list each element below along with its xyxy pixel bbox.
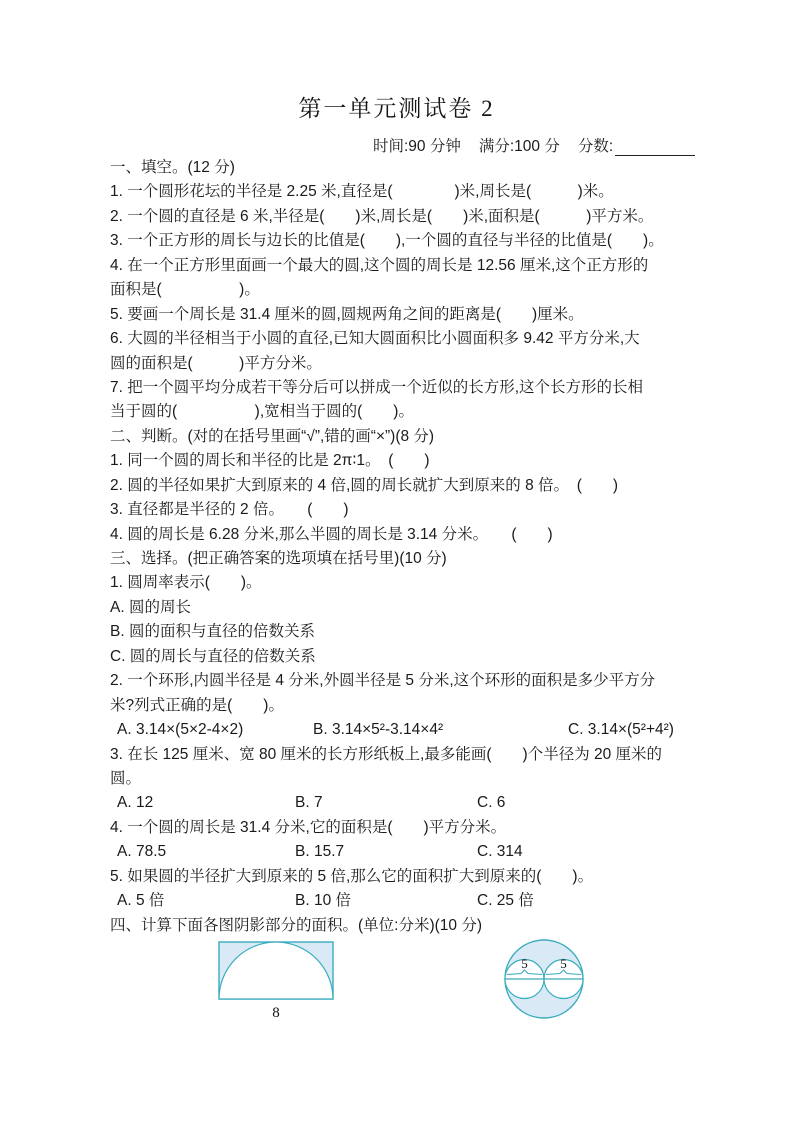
judge-q3: 3. 直径都是半径的 2 倍。 ( ) — [110, 498, 692, 522]
fill-q5: 5. 要画一个周长是 31.4 厘米的圆,圆规两角之间的距离是( )厘米。 — [110, 303, 692, 327]
choice-q5-option-b: B. 10 倍 — [295, 889, 351, 913]
choice-q1-option-c: C. 圆的周长与直径的倍数关系 — [110, 645, 692, 669]
score-blank-line — [615, 139, 695, 156]
page-title: 第一单元测试卷 2 — [0, 90, 793, 123]
choice-q2-line1: 2. 一个环形,内圆半径是 4 分米,外圆半径是 5 分米,这个环形的面积是多少… — [110, 669, 692, 693]
choice-q1-option-b: B. 圆的面积与直径的倍数关系 — [110, 620, 692, 644]
choice-q5-option-c: C. 25 倍 — [477, 889, 534, 913]
fill-q6-line1: 6. 大圆的半径相当于小圆的直径,已知大圆面积比小圆面积多 9.42 平方分米,… — [110, 327, 692, 351]
meta-full-marks: 满分:100 分 — [479, 134, 560, 156]
judge-q4: 4. 圆的周长是 6.28 分米,那么半圆的周长是 3.14 分米。 ( ) — [110, 523, 692, 547]
choice-q3-options-row: A. 12 B. 7 C. 6 — [110, 791, 692, 815]
judge-q2: 2. 圆的半径如果扩大到原来的 4 倍,圆的周长就扩大到原来的 8 倍。 ( ) — [110, 474, 692, 498]
paper-meta: 时间:90 分钟 满分:100 分 分数: — [373, 134, 695, 156]
choice-q2-option-a: A. 3.14×(5×2-4×2) — [117, 718, 243, 742]
section-choice-heading: 三、选择。(把正确答案的选项填在括号里)(10 分) — [110, 547, 692, 571]
choice-q4-option-c: C. 314 — [477, 840, 523, 864]
choice-q3-line2: 圆。 — [110, 767, 692, 791]
choice-q2-line2: 米?列式正确的是( )。 — [110, 694, 692, 718]
figure1-base-length-label: 8 — [272, 1005, 280, 1021]
fill-q1: 1. 一个圆形花坛的半径是 2.25 米,直径是( )米,周长是( )米。 — [110, 180, 692, 204]
fill-q7-line2: 当于圆的( ),宽相当于圆的( )。 — [110, 400, 692, 424]
meta-score-label: 分数: — [578, 134, 613, 156]
test-paper-page: 第一单元测试卷 2 时间:90 分钟 满分:100 分 分数: 一、填空。(12… — [0, 0, 793, 1122]
choice-q2-option-c: C. 3.14×(5²+4²) — [568, 718, 674, 742]
choice-q5-option-a: A. 5 倍 — [117, 889, 164, 913]
choice-q4-option-b: B. 15.7 — [295, 840, 344, 864]
fill-q2: 2. 一个圆的直径是 6 米,半径是( )米,周长是( )米,面积是( )平方米… — [110, 205, 692, 229]
choice-q3-option-a: A. 12 — [117, 791, 153, 815]
choice-q4-options-row: A. 78.5 B. 15.7 C. 314 — [110, 840, 692, 864]
fill-q4-line2: 面积是( )。 — [110, 278, 692, 302]
shaded-area-figures: 8 5 5 — [110, 938, 692, 1042]
section-fill-heading: 一、填空。(12 分) — [110, 156, 692, 180]
fill-q6-line2: 圆的面积是( )平方分米。 — [110, 352, 692, 376]
choice-q4-option-a: A. 78.5 — [117, 840, 166, 864]
paper-body: 一、填空。(12 分) 1. 一个圆形花坛的半径是 2.25 米,直径是( )米… — [110, 156, 692, 1042]
choice-q3-line1: 3. 在长 125 厘米、宽 80 厘米的长方形纸板上,最多能画( )个半径为 … — [110, 743, 692, 767]
fill-q7-line1: 7. 把一个圆平均分成若干等分后可以拼成一个近似的长方形,这个长方形的长相 — [110, 376, 692, 400]
figure-rectangle-with-semicircle: 8 — [218, 941, 336, 1025]
choice-q1: 1. 圆周率表示( )。 — [110, 571, 692, 595]
choice-q3-option-b: B. 7 — [295, 791, 323, 815]
section-judge-heading: 二、判断。(对的在括号里画“√”,错的画“×”)(8 分) — [110, 425, 692, 449]
choice-q3-option-c: C. 6 — [477, 791, 505, 815]
section-calc-heading: 四、计算下面各图阴影部分的面积。(单位:分米)(10 分) — [110, 914, 692, 938]
choice-q4: 4. 一个圆的周长是 31.4 分米,它的面积是( )平方分米。 — [110, 816, 692, 840]
choice-q2-option-b: B. 3.14×5²-3.14×4² — [313, 718, 443, 742]
figure-circle-with-two-inner-circles: 5 5 — [494, 938, 594, 1022]
choice-q2-options-row: A. 3.14×(5×2-4×2) B. 3.14×5²-3.14×4² C. … — [110, 718, 692, 742]
choice-q5: 5. 如果圆的半径扩大到原来的 5 倍,那么它的面积扩大到原来的( )。 — [110, 865, 692, 889]
choice-q1-option-a: A. 圆的周长 — [110, 596, 692, 620]
fill-q4-line1: 4. 在一个正方形里面画一个最大的圆,这个圆的周长是 12.56 厘米,这个正方… — [110, 254, 692, 278]
fill-q3: 3. 一个正方形的周长与边长的比值是( ),一个圆的直径与半径的比值是( )。 — [110, 229, 692, 253]
figure2-right-diameter-label: 5 — [560, 956, 567, 971]
judge-q1: 1. 同一个圆的周长和半径的比是 2π∶1。 ( ) — [110, 449, 692, 473]
figure2-left-diameter-label: 5 — [521, 956, 528, 971]
meta-score: 分数: — [578, 134, 695, 156]
meta-time: 时间:90 分钟 — [373, 134, 461, 156]
choice-q5-options-row: A. 5 倍 B. 10 倍 C. 25 倍 — [110, 889, 692, 913]
